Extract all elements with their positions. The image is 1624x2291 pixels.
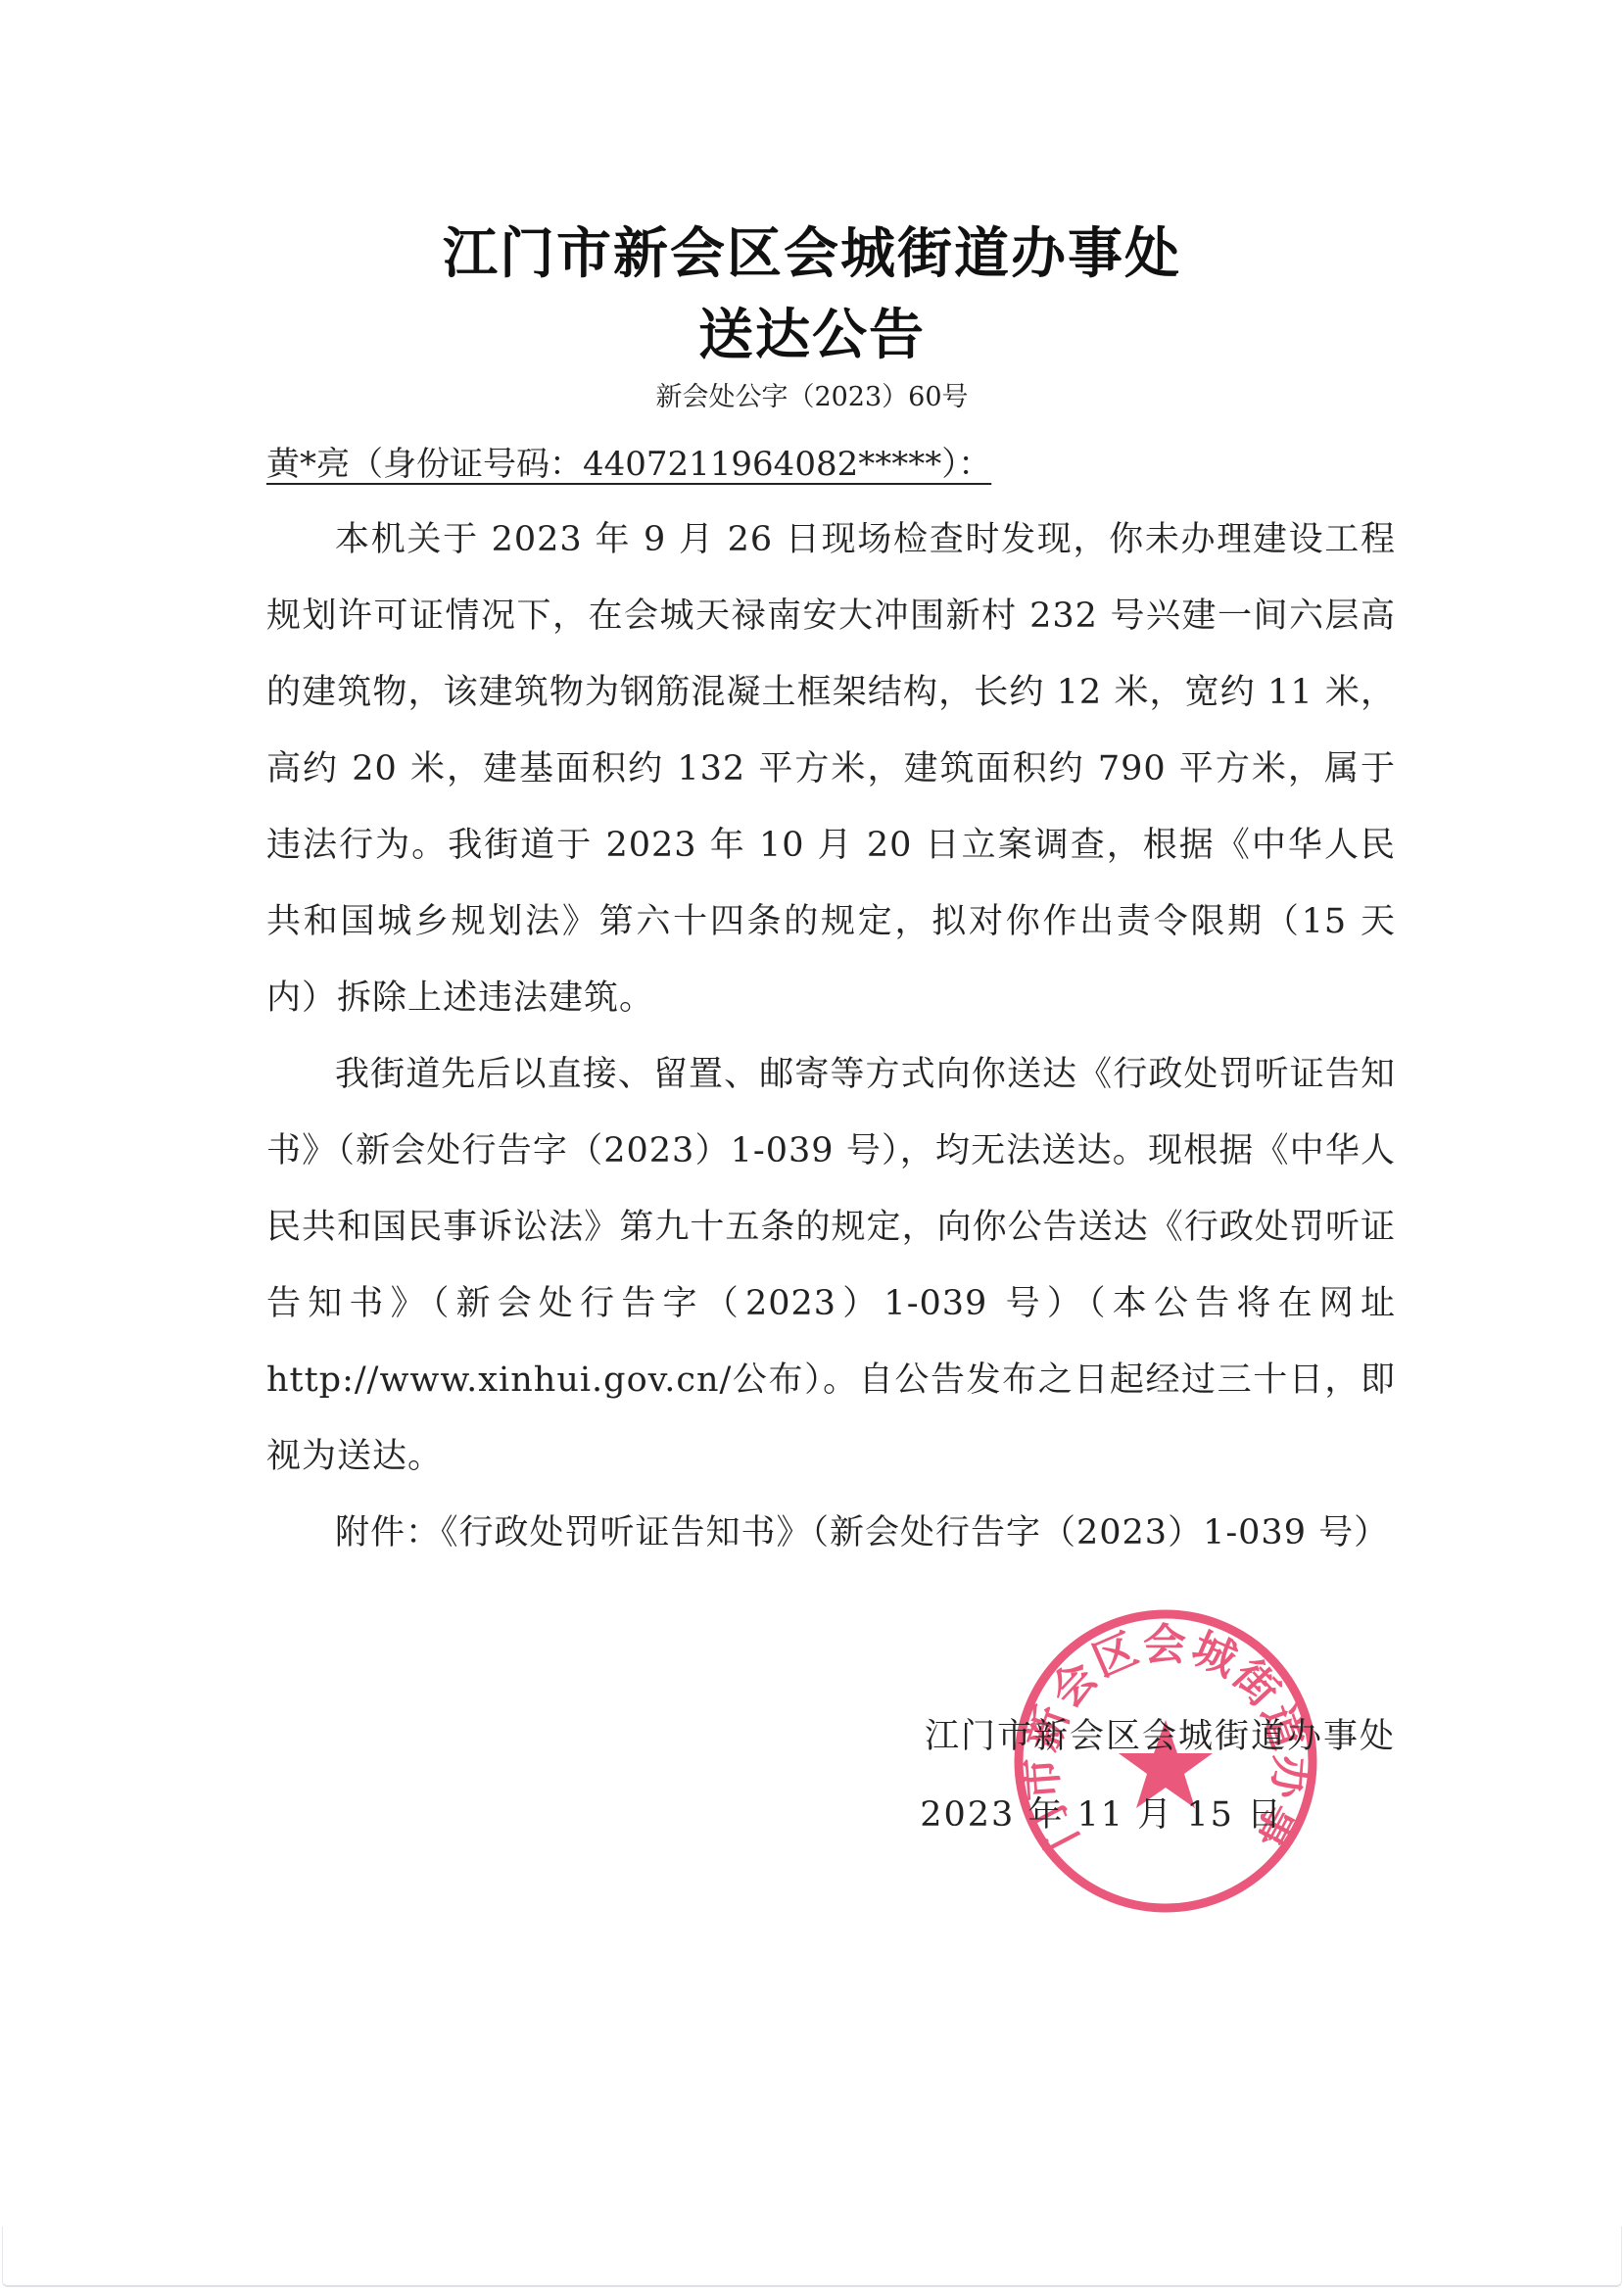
scan-border [2,2226,1622,2287]
document-number: 新会处公字（2023）60号 [0,375,1624,413]
recipient-line: 黄*亮（身份证号码：4407211964082*****）： [266,437,991,485]
official-seal-icon: 江门市新会区会城街道办事处 [1009,1604,1322,1918]
body-paragraph-facts: 本机关于 2023 年 9 月 26 日现场检查时发现，你未办理建设工程规划许可… [266,501,1396,1036]
document-title: 江门市新会区会城街道办事处 [0,211,1624,289]
document-page: 江门市新会区会城街道办事处 送达公告 新会处公字（2023）60号 黄*亮（身份… [0,0,1624,2291]
body-paragraph-service: 我街道先后以直接、留置、邮寄等方式向你送达《行政处罚听证告知书》（新会处行告字（… [266,1036,1396,1495]
document-body: 本机关于 2023 年 9 月 26 日现场检查时发现，你未办理建设工程规划许可… [266,501,1396,1571]
document-subtitle: 送达公告 [0,292,1624,370]
signature-organization: 江门市新会区会城街道办事处 [925,1709,1396,1758]
body-paragraph-attachment: 附件：《行政处罚听证告知书》（新会处行告字（2023）1-039 号） [266,1495,1396,1571]
signature-date: 2023 年 11 月 15 日 [920,1788,1283,1837]
